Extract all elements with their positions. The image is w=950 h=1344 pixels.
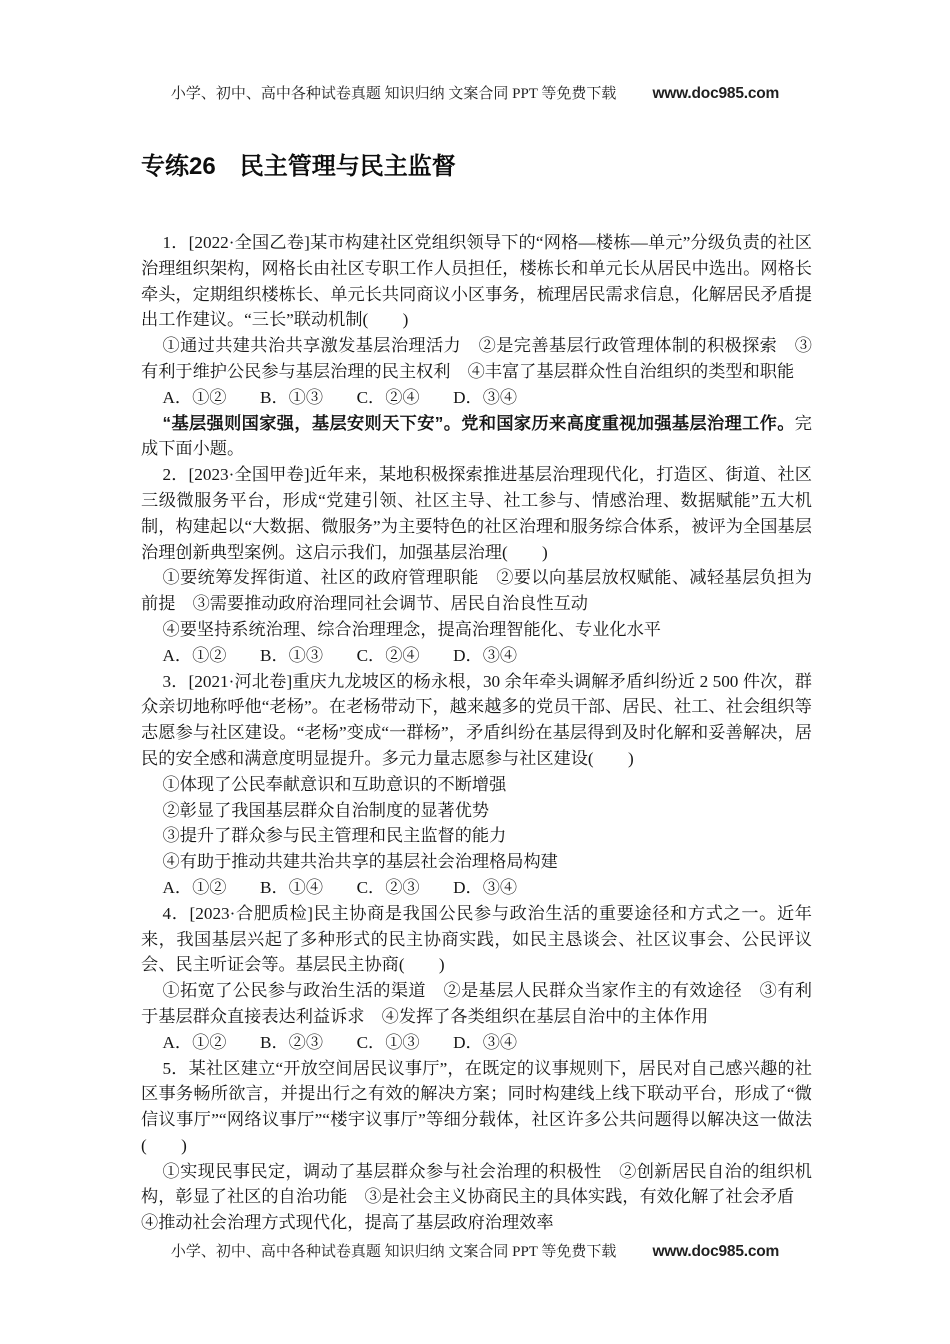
answer-choice: C．①③	[357, 1033, 420, 1052]
page-footer: 小学、初中、高中各种试卷真题 知识归纳 文案合同 PPT 等免费下载www.do…	[0, 1240, 950, 1261]
answer-choice: C．②③	[357, 878, 420, 897]
option-line: ①体现了公民奉献意识和互助意识的不断增强	[141, 772, 812, 798]
answer-choice: D．③④	[453, 1033, 517, 1052]
question-stem: 4．[2023·合肥质检]民主协商是我国公民参与政治生活的重要途径和方式之一。近…	[141, 901, 812, 978]
title-label: 专练26	[141, 153, 216, 180]
answer-choice: B．①③	[260, 388, 323, 407]
answer-choice: C．②④	[357, 388, 420, 407]
option-line: ②彰显了我国基层群众自治制度的显著优势	[141, 798, 812, 824]
answer-choice: D．③④	[453, 646, 517, 665]
section-intro: “基层强则国家强，基层安则天下安”。党和国家历来高度重视加强基层治理工作。完成下…	[141, 411, 812, 463]
answer-choice: A．①②	[163, 878, 227, 897]
page-header: 小学、初中、高中各种试卷真题 知识归纳 文案合同 PPT 等免费下载www.do…	[0, 82, 950, 103]
answer-row: A．①②B．②③C．①③D．③④	[141, 1030, 812, 1056]
answer-choice: D．③④	[453, 388, 517, 407]
answer-row: A．①②B．①③C．②④D．③④	[141, 385, 812, 411]
header-slogan: 小学、初中、高中各种试卷真题 知识归纳 文案合同 PPT 等免费下载	[171, 86, 617, 102]
option-line: ①拓宽了公民参与政治生活的渠道 ②是基层人民群众当家作主的有效途径 ③有利于基层…	[141, 978, 812, 1030]
question-stem: 2．[2023·全国甲卷]近年来，某地积极探索推进基层治理现代化，打造区、街道、…	[141, 462, 812, 565]
question-stem: 5．某社区建立“开放空间居民议事厅”，在既定的议事规则下，居民对自己感兴趣的社区…	[141, 1056, 812, 1159]
document-body: 1．[2022·全国乙卷]某市构建社区党组织领导下的“网格—楼栋—单元”分级负责…	[141, 230, 812, 1236]
option-line: ④推动社会治理方式现代化，提高了基层政府治理效率	[141, 1210, 812, 1236]
answer-row: A．①②B．①④C．②③D．③④	[141, 875, 812, 901]
answer-choice: D．③④	[453, 878, 517, 897]
answer-choice: A．①②	[163, 1033, 227, 1052]
option-line: ①通过共建共治共享激发基层治理活力 ②是完善基层行政管理体制的积极探索 ③有利于…	[141, 333, 812, 385]
answer-choice: B．①④	[260, 878, 323, 897]
answer-choice: B．①③	[260, 646, 323, 665]
title-subject: 民主管理与民主监督	[240, 153, 456, 180]
answer-choice: A．①②	[163, 646, 227, 665]
option-line: ①要统筹发挥街道、社区的政府管理职能 ②要以向基层放权赋能、减轻基层负担为前提 …	[141, 565, 812, 617]
answer-choice: B．②③	[260, 1033, 323, 1052]
worksheet-page: { "header": { "text": "小学、初中、高中各种试卷真题 知识…	[0, 0, 950, 1344]
option-line: ④有助于推动共建共治共享的基层社会治理格局构建	[141, 849, 812, 875]
footer-slogan: 小学、初中、高中各种试卷真题 知识归纳 文案合同 PPT 等免费下载	[171, 1244, 617, 1260]
footer-site-link[interactable]: www.doc985.com	[652, 1243, 779, 1260]
option-line: ①实现民事民定，调动了基层群众参与社会治理的积极性 ②创新居民自治的组织机构，彰…	[141, 1159, 812, 1211]
question-stem: 1．[2022·全国乙卷]某市构建社区党组织领导下的“网格—楼栋—单元”分级负责…	[141, 230, 812, 333]
header-site-link[interactable]: www.doc985.com	[652, 85, 779, 102]
answer-choice: A．①②	[163, 388, 227, 407]
answer-choice: C．②④	[357, 646, 420, 665]
question-stem: 3．[2021·河北卷]重庆九龙坡区的杨永根，30 余年牵头调解矛盾纠纷近 2 …	[141, 669, 812, 772]
option-line: ④要坚持系统治理、综合治理理念，提高治理智能化、专业化水平	[141, 617, 812, 643]
intro-bold-text: “基层强则国家强，基层安则天下安”。党和国家历来高度重视加强基层治理工作。	[163, 413, 795, 433]
answer-row: A．①②B．①③C．②④D．③④	[141, 643, 812, 669]
page-title: 专练26民主管理与民主监督	[141, 146, 456, 181]
option-line: ③提升了群众参与民主管理和民主监督的能力	[141, 823, 812, 849]
